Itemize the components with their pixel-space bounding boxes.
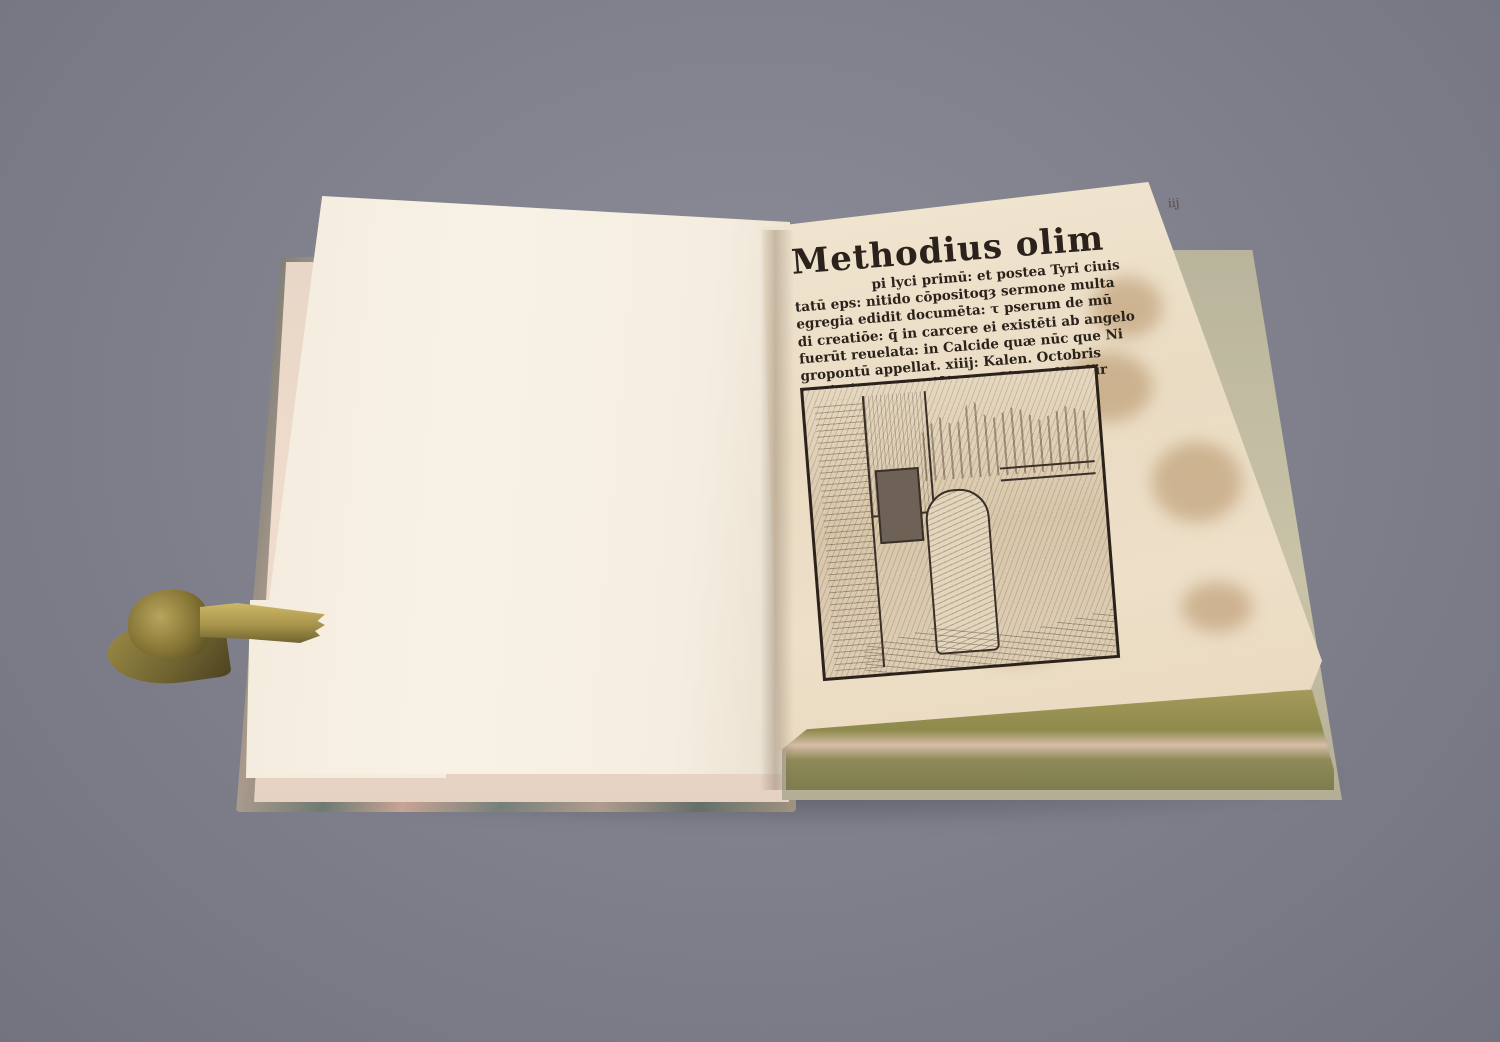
foxing-stain [1182,582,1252,632]
woodcut-window-figure [875,467,925,544]
brass-clip-cuff [128,590,208,658]
left-blank-page [246,196,790,774]
book-gutter [760,230,794,790]
foxing-stain [1152,442,1242,522]
woodcut-illustration [800,365,1120,681]
folio-number: iij [1168,196,1180,211]
